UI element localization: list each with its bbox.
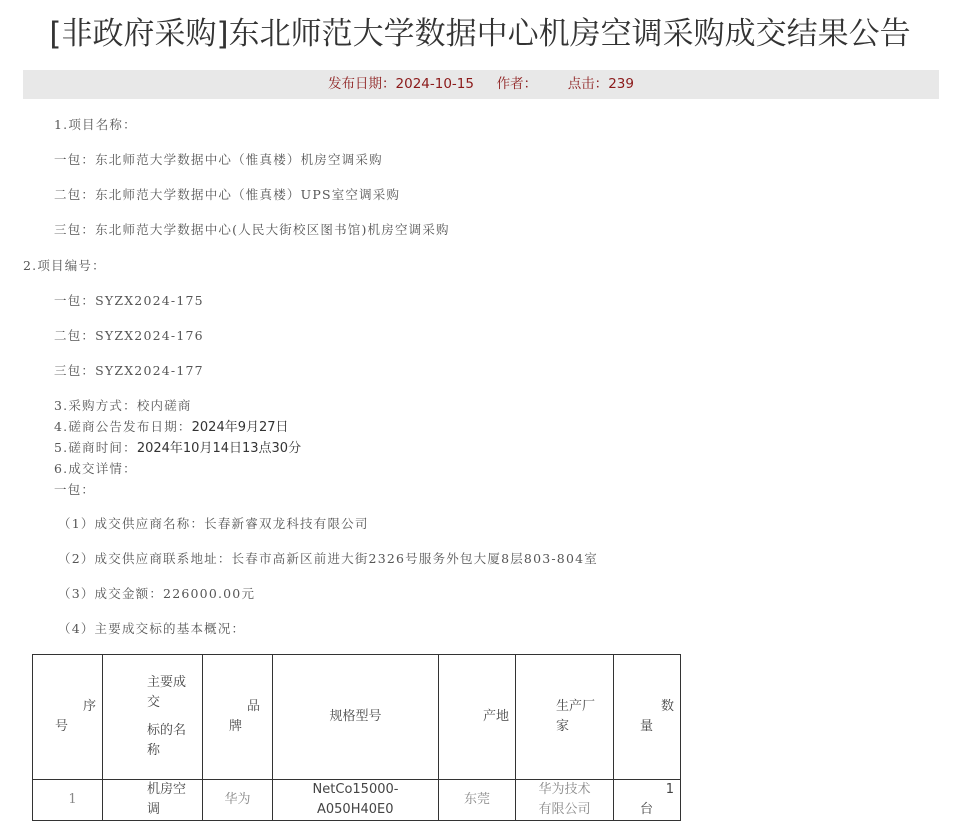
project-number-heading: 2.项目编号： bbox=[23, 257, 106, 275]
announce-date-label: 4.磋商公告发布日期： bbox=[54, 419, 192, 434]
negotiation-time: 5.磋商时间：2024年10月14日13点30分 bbox=[54, 439, 301, 458]
project-number-item: 二包：SYZX2024-176 bbox=[54, 327, 204, 345]
header-brand: 品 牌 bbox=[203, 655, 273, 780]
procurement-method-value: 校内磋商 bbox=[137, 398, 192, 413]
negotiation-time-label: 5.磋商时间： bbox=[54, 440, 137, 455]
procurement-method-label: 3.采购方式： bbox=[54, 398, 137, 413]
header-origin: 产地 bbox=[439, 655, 516, 780]
project-name-heading: 1.项目名称： bbox=[54, 116, 137, 134]
cell-seq: 1 bbox=[33, 780, 103, 821]
announce-date: 4.磋商公告发布日期：2024年9月27日 bbox=[54, 418, 289, 437]
cell-model: NetCo15000- A050H40E0 bbox=[273, 780, 439, 821]
cell-manufacturer: 华为技术 有限公司 bbox=[516, 780, 614, 821]
author-label: 作者： bbox=[497, 70, 538, 99]
overview-heading: （4）主要成交标的基本概况： bbox=[58, 620, 245, 638]
cell-quantity: 1 台 bbox=[614, 780, 681, 821]
project-number-item: 一包：SYZX2024-175 bbox=[54, 292, 204, 310]
header-quantity: 数 量 bbox=[614, 655, 681, 780]
meta-bar: 发布日期：2024-10-15 作者： 点击：239 bbox=[23, 70, 939, 99]
package-label: 一包： bbox=[54, 481, 95, 499]
goods-table: 序 号 主要成 交 标的名 称 品 牌 规格型号 产地 生产厂 家 数 量 1 … bbox=[32, 654, 681, 821]
publish-date-label: 发布日期： bbox=[328, 70, 396, 99]
table-row: 1 机房空 调 华为 NetCo15000- A050H40E0 东莞 华为技术… bbox=[33, 780, 681, 821]
header-seq: 序 号 bbox=[33, 655, 103, 780]
click-count: 239 bbox=[608, 70, 634, 99]
cell-item-name: 机房空 调 bbox=[103, 780, 203, 821]
cell-brand: 华为 bbox=[203, 780, 273, 821]
deal-details-heading: 6.成交详情： bbox=[54, 460, 137, 478]
project-name-item: 一包：东北师范大学数据中心（惟真楼）机房空调采购 bbox=[54, 151, 383, 169]
supplier-address: （2）成交供应商联系地址：长春市高新区前进大街2326号服务外包大厦8层803-… bbox=[58, 550, 598, 568]
page-title: [非政府采购]东北师范大学数据中心机房空调采购成交结果公告 bbox=[0, 12, 960, 56]
project-name-item: 二包：东北师范大学数据中心（惟真楼）UPS室空调采购 bbox=[54, 186, 400, 204]
header-item-name: 主要成 交 标的名 称 bbox=[103, 655, 203, 780]
project-number-item: 三包：SYZX2024-177 bbox=[54, 362, 204, 380]
clicks-label: 点击： bbox=[568, 70, 609, 99]
negotiation-time-value: 2024年10月14日13点30分 bbox=[137, 441, 301, 456]
table-header-row: 序 号 主要成 交 标的名 称 品 牌 规格型号 产地 生产厂 家 数 量 bbox=[33, 655, 681, 780]
publish-date: 2024-10-15 bbox=[396, 70, 474, 99]
supplier-name: （1）成交供应商名称：长春新睿双龙科技有限公司 bbox=[58, 515, 369, 533]
deal-amount: （3）成交金额：226000.00元 bbox=[58, 585, 255, 603]
header-model: 规格型号 bbox=[273, 655, 439, 780]
cell-origin: 东莞 bbox=[439, 780, 516, 821]
announce-date-value: 2024年9月27日 bbox=[192, 420, 289, 435]
project-name-item: 三包：东北师范大学数据中心(人民大街校区图书馆)机房空调采购 bbox=[54, 221, 450, 239]
procurement-method: 3.采购方式：校内磋商 bbox=[54, 397, 192, 415]
header-manufacturer: 生产厂 家 bbox=[516, 655, 614, 780]
